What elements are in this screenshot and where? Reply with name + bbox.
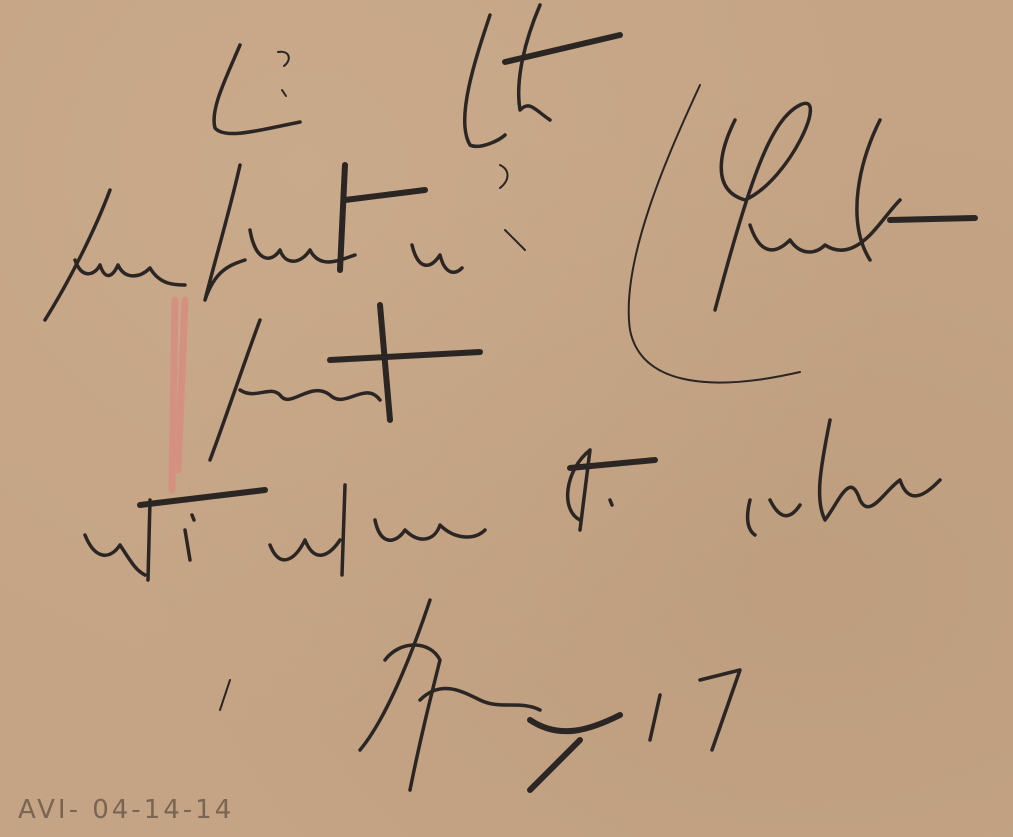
glyph-Lte	[465, 15, 505, 146]
red-margin-mark	[172, 300, 185, 490]
line-4: dat is wat van St. schultas	[85, 480, 671, 531]
handwriting-ink	[0, 0, 1013, 837]
word-un	[412, 245, 462, 272]
line-1: L: Lte	[210, 60, 329, 106]
paper-sheet: L: Lte twee lichte un bilicht dat is wat…	[0, 0, 1013, 837]
line-2: twee lichte un	[45, 230, 362, 281]
line-3: bilicht	[210, 340, 351, 391]
catalog-number: AVI- 04-14-14	[18, 795, 234, 825]
glyph-7	[700, 670, 740, 750]
side-note: Ghulow	[710, 170, 880, 221]
line-5: Poppenhey 1,7	[360, 660, 688, 711]
word-schultas	[748, 500, 800, 535]
